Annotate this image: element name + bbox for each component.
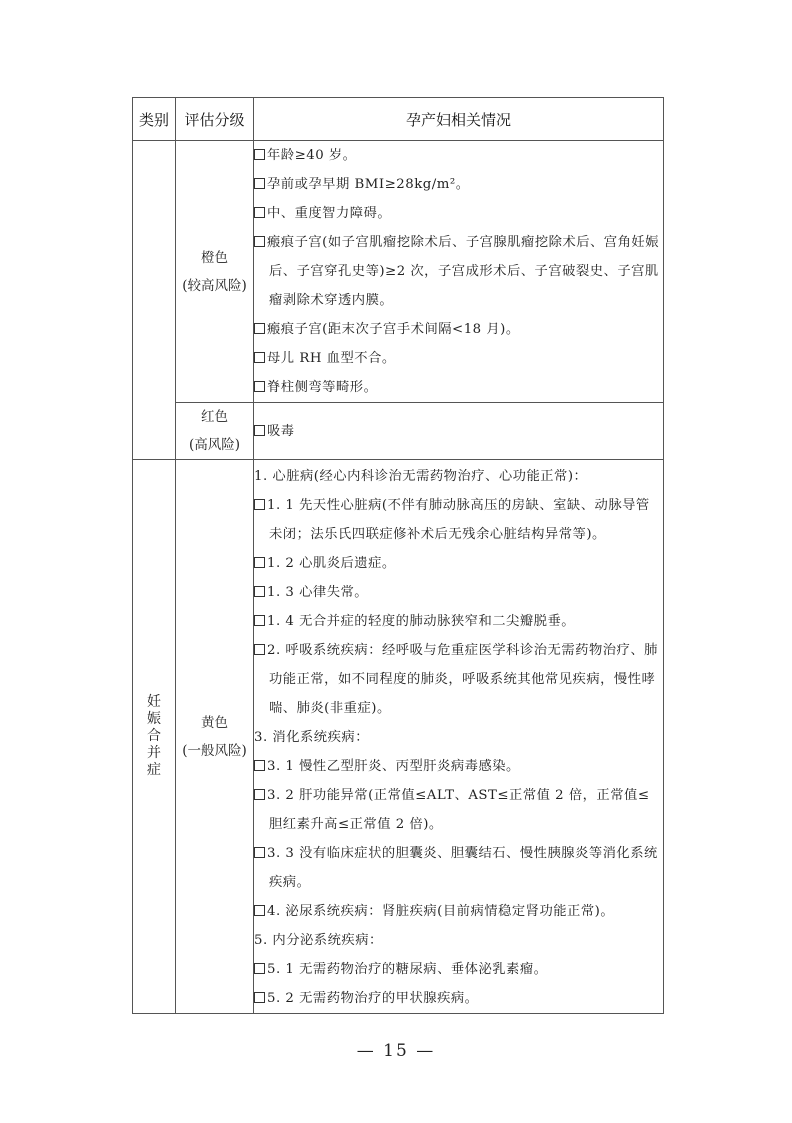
list-item[interactable]: 中、重度智力障碍。 (254, 199, 663, 228)
grade-cell-red: 红色 (高风险) (176, 403, 254, 460)
header-grade: 评估分级 (176, 98, 254, 141)
grade-cell-yellow: 黄色 (一般风险) (176, 460, 254, 1014)
checkbox[interactable] (254, 499, 265, 510)
checkbox[interactable] (254, 847, 265, 858)
list-item[interactable]: 1. 3 心律失常。 (254, 578, 663, 607)
grade-level: (高风险) (176, 431, 253, 459)
header-category: 类别 (133, 98, 176, 141)
grade-level: (一般风险) (176, 737, 253, 765)
items-cell-red: 吸毒 (254, 403, 664, 460)
list-item[interactable]: 5. 2 无需药物治疗的甲状腺疾病。 (254, 984, 663, 1013)
list-item[interactable]: 年龄≥40 岁。 (254, 141, 663, 170)
list-item[interactable]: 2. 呼吸系统疾病：经呼吸与危重症医学科诊治无需药物治疗、肺功能正常，如不同程度… (254, 636, 663, 723)
checkbox[interactable] (254, 236, 265, 247)
list-item[interactable]: 瘢痕子宫(距末次子宫手术间隔<18 月)。 (254, 315, 663, 344)
table-row-red: 红色 (高风险) 吸毒 (133, 403, 664, 460)
checkbox[interactable] (254, 381, 265, 392)
checkbox[interactable] (254, 149, 265, 160)
list-item[interactable]: 3. 3 没有临床症状的胆囊炎、胆囊结石、慢性胰腺炎等消化系统疾病。 (254, 839, 663, 897)
section-heading: 3. 消化系统疾病： (254, 723, 663, 752)
page-number: — 15 — (0, 1041, 792, 1061)
list-item[interactable]: 3. 2 肝功能异常(正常值≤ALT、AST≤正常值 2 倍，正常值≤胆红素升高… (254, 781, 663, 839)
checkbox[interactable] (254, 615, 265, 626)
list-item[interactable]: 瘢痕子宫(如子宫肌瘤挖除术后、子宫腺肌瘤挖除术后、宫角妊娠后、子宫穿孔史等)≥2… (254, 228, 663, 315)
grade-name: 橙色 (176, 244, 253, 272)
list-item[interactable]: 1. 1 先天性心脏病(不伴有肺动脉高压的房缺、室缺、动脉导管未闭；法乐氏四联症… (254, 491, 663, 549)
checkbox[interactable] (254, 760, 265, 771)
list-item[interactable]: 1. 2 心肌炎后遗症。 (254, 549, 663, 578)
items-cell-yellow: 1. 心脏病(经心内科诊治无需药物治疗、心功能正常)： 1. 1 先天性心脏病(… (254, 460, 664, 1014)
grade-cell-orange: 橙色 (较高风险) (176, 141, 254, 403)
list-item[interactable]: 母儿 RH 血型不合。 (254, 344, 663, 373)
list-item[interactable]: 吸毒 (254, 417, 663, 446)
checkbox[interactable] (254, 586, 265, 597)
grade-name: 黄色 (176, 709, 253, 737)
items-cell-orange: 年龄≥40 岁。 孕前或孕早期 BMI≥28kg/m²。 中、重度智力障碍。 瘢… (254, 141, 664, 403)
checkbox[interactable] (254, 207, 265, 218)
category-cell-blank (133, 141, 176, 460)
checkbox[interactable] (254, 425, 265, 436)
header-situation: 孕产妇相关情况 (254, 98, 664, 141)
category-cell-pregnancy-complications: 妊 娠 合 并 症 (133, 460, 176, 1014)
section-heading: 1. 心脏病(经心内科诊治无需药物治疗、心功能正常)： (254, 462, 663, 491)
checkbox[interactable] (254, 178, 265, 189)
table-row-yellow: 妊 娠 合 并 症 黄色 (一般风险) 1. 心脏病(经心内科诊治无需药物治疗、… (133, 460, 664, 1014)
list-item[interactable]: 孕前或孕早期 BMI≥28kg/m²。 (254, 170, 663, 199)
list-item[interactable]: 5. 1 无需药物治疗的糖尿病、垂体泌乳素瘤。 (254, 955, 663, 984)
grade-name: 红色 (176, 403, 253, 431)
list-item[interactable]: 3. 1 慢性乙型肝炎、丙型肝炎病毒感染。 (254, 752, 663, 781)
checkbox[interactable] (254, 905, 265, 916)
list-item[interactable]: 1. 4 无合并症的轻度的肺动脉狭窄和二尖瓣脱垂。 (254, 607, 663, 636)
list-item[interactable]: 脊柱侧弯等畸形。 (254, 373, 663, 402)
checkbox[interactable] (254, 323, 265, 334)
checkbox[interactable] (254, 992, 265, 1003)
checkbox[interactable] (254, 557, 265, 568)
checkbox[interactable] (254, 644, 265, 655)
section-heading: 5. 内分泌系统疾病： (254, 926, 663, 955)
checkbox[interactable] (254, 789, 265, 800)
grade-level: (较高风险) (176, 272, 253, 300)
checkbox[interactable] (254, 352, 265, 363)
table-row-orange: 橙色 (较高风险) 年龄≥40 岁。 孕前或孕早期 BMI≥28kg/m²。 中… (133, 141, 664, 403)
risk-assessment-table: 类别 评估分级 孕产妇相关情况 橙色 (较高风险) 年龄≥40 岁。 孕前或孕早… (132, 97, 664, 1014)
checkbox[interactable] (254, 963, 265, 974)
list-item[interactable]: 4. 泌尿系统疾病：肾脏疾病(目前病情稳定肾功能正常)。 (254, 897, 663, 926)
table-header-row: 类别 评估分级 孕产妇相关情况 (133, 98, 664, 141)
